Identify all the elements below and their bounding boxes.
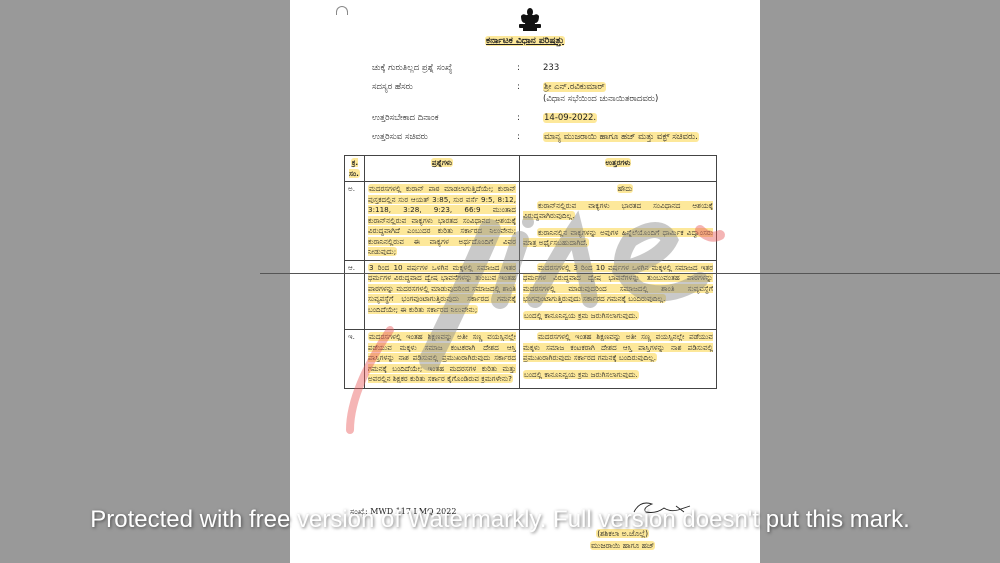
question-cell: 3 ರಿಂದ 10 ವರ್ಷಗಳ ಒಳಗಿನ ಮಕ್ಕಳಲ್ಲಿ ಸಮಾಜದ ಇ… bbox=[365, 260, 520, 330]
signatory-name: (ಶಶಿಕಲಾ ಅ.ಜೊಲ್ಲೆ) bbox=[596, 529, 649, 538]
member-constituency: (ವಿಧಾನ ಸಭೆಯಿಂದ ಚುನಾಯಿತರಾದವರು) bbox=[543, 94, 658, 104]
question-cell: ಮದರಸಗಳಲ್ಲಿ ಕುರಾನ್ ಪಾಠ ಮಾಡಲಾಗುತ್ತಿದೆಯೇ; ಕ… bbox=[365, 182, 520, 261]
answer-cell: ಹೌದು ಕುರಾನ್‌ನಲ್ಲಿರುವ ವಾಕ್ಯಗಳು ಭಾರತದ ಸಂವಿ… bbox=[520, 182, 717, 261]
header-questions: ಪ್ರಶ್ನೆಗಳು bbox=[365, 156, 520, 182]
row-number: ಇ. bbox=[345, 330, 365, 389]
karnataka-emblem-icon bbox=[515, 6, 545, 34]
table-header-row: ಕ್ರ. ಸಂ. ಪ್ರಶ್ನೆಗಳು ಉತ್ತರಗಳು bbox=[345, 156, 717, 182]
answering-minister: ಮಾನ್ಯ ಮುಜರಾಯಿ ಹಾಗೂ ಹಜ್ ಮತ್ತು ವಕ್ಫ್ ಸಚಿವರ… bbox=[543, 132, 699, 142]
table-row: ಅ. ಮದರಸಗಳಲ್ಲಿ ಕುರಾನ್ ಪಾಠ ಮಾಡಲಾಗುತ್ತಿದೆಯೇ… bbox=[345, 182, 717, 261]
corner-mark bbox=[336, 6, 348, 15]
row-number: ಆ. bbox=[345, 260, 365, 330]
header-answers: ಉತ್ತರಗಳು bbox=[520, 156, 717, 182]
document-page: ಕರ್ನಾಟಕ ವಿಧಾನ ಪರಿಷತ್ತು ಚುಕ್ಕೆ ಗುರುತಿಲ್ಲದ… bbox=[290, 0, 760, 563]
answer-date: 14-09-2022. bbox=[543, 113, 597, 123]
table-row: ಇ. ಮದರಸಗಳಲ್ಲಿ ಇಂತಹ ಶಿಕ್ಷಣವನ್ನು ಅತೀ ಸಣ್ಣ … bbox=[345, 330, 717, 389]
header-serial: ಕ್ರ. ಸಂ. bbox=[345, 156, 365, 182]
row-number: ಅ. bbox=[345, 182, 365, 261]
question-number: 233 bbox=[543, 62, 732, 74]
question-metadata: ಚುಕ್ಕೆ ಗುರುತಿಲ್ಲದ ಪ್ರಶ್ನೆ ಸಂಖ್ಯೆ : 233 ಸ… bbox=[372, 62, 732, 150]
signatory-block: (ಶಶಿಕಲಾ ಅ.ಜೊಲ್ಲೆ) ಮುಜರಾಯಿ ಹಾಗೂ ಹಜ್ bbox=[590, 528, 655, 552]
signatory-title: ಮುಜರಾಯಿ ಹಾಗೂ ಹಜ್ bbox=[590, 541, 655, 550]
questions-answers-table: ಕ್ರ. ಸಂ. ಪ್ರಶ್ನೆಗಳು ಉತ್ತರಗಳು ಅ. ಮದರಸಗಳಲ್… bbox=[344, 155, 717, 389]
signature-icon bbox=[630, 498, 700, 518]
meta-row-minister: ಉತ್ತರಿಸುವ ಸಚಿವರು : ಮಾನ್ಯ ಮುಜರಾಯಿ ಹಾಗೂ ಹಜ… bbox=[372, 131, 732, 143]
reference-number: ಸಂಖ್ಯೆ: MWD 117 LMQ 2022 bbox=[350, 507, 456, 517]
meta-row-question-number: ಚುಕ್ಕೆ ಗುರುತಿಲ್ಲದ ಪ್ರಶ್ನೆ ಸಂಖ್ಯೆ : 233 bbox=[372, 62, 732, 74]
table-row: ಆ. 3 ರಿಂದ 10 ವರ್ಷಗಳ ಒಳಗಿನ ಮಕ್ಕಳಲ್ಲಿ ಸಮಾಜ… bbox=[345, 260, 717, 330]
meta-row-answer-date: ಉತ್ತರಿಸಬೇಕಾದ ದಿನಾಂಕ : 14-09-2022. bbox=[372, 112, 732, 124]
member-name: ಶ್ರೀ ಎನ್.ರವಿಕುಮಾರ್ bbox=[543, 82, 606, 92]
meta-row-member-name: ಸದಸ್ಯರ ಹೆಸರು : ಶ್ರೀ ಎನ್.ರವಿಕುಮಾರ್ (ವಿಧಾನ… bbox=[372, 81, 732, 105]
answer-cell: ಮದರಸಗಳಲ್ಲಿ ಇಂತಹ ಶಿಕ್ಷಣವನ್ನು ಅತೀ ಸಣ್ಣ ವಯಸ… bbox=[520, 330, 717, 389]
answer-cell: ಮದರಸಗಳಲ್ಲಿ 3 ರಿಂದ 10 ವರ್ಷಗಳ ಒಳಗಿನ ಮಕ್ಕಳಲ… bbox=[520, 260, 717, 330]
scan-line bbox=[260, 273, 1000, 274]
question-cell: ಮದರಸಗಳಲ್ಲಿ ಇಂತಹ ಶಿಕ್ಷಣವನ್ನು ಅತೀ ಸಣ್ಣ ವಯಸ… bbox=[365, 330, 520, 389]
organization-title: ಕರ್ನಾಟಕ ವಿಧಾನ ಪರಿಷತ್ತು bbox=[290, 36, 760, 46]
